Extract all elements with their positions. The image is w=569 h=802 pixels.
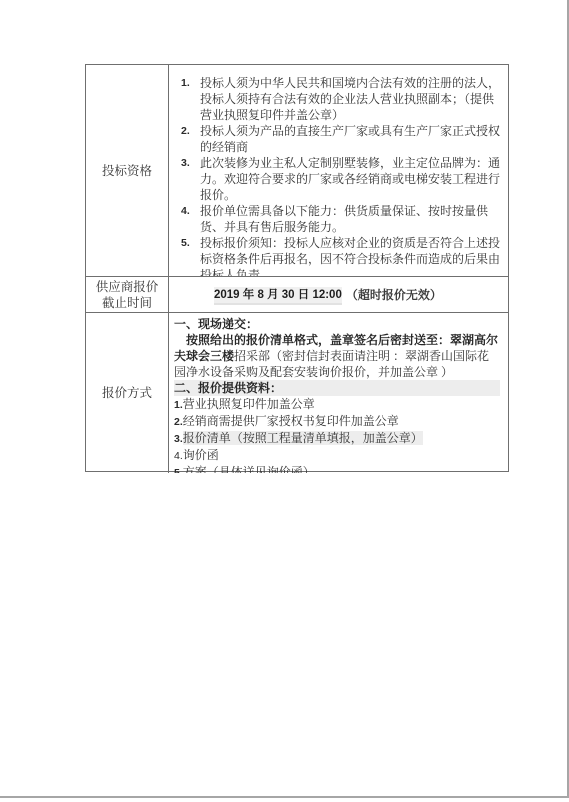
page-edge-bottom bbox=[0, 796, 569, 798]
material-item: 2.经销商需提供厂家授权书复印件加盖公章 bbox=[174, 413, 500, 430]
row-label-method: 报价方式 bbox=[86, 313, 169, 473]
item-number: 4. bbox=[174, 450, 183, 462]
qualification-item: 1. 投标人须为中华人民共和国境内合法有效的注册的法人，投标人须持有合法有效的企… bbox=[181, 75, 503, 123]
item-number: 5. bbox=[174, 467, 183, 473]
section-title-onsite: 一、现场递交： bbox=[174, 316, 500, 332]
item-text: 方案（具体详见询价函） bbox=[183, 465, 315, 473]
material-item: 1.营业执照复印件加盖公章 bbox=[174, 396, 500, 413]
item-text: 报价单位需具备以下能力：供货质量保证、按时按量供货、并具有售后服务能力。 bbox=[200, 203, 503, 235]
qualification-item: 3. 此次装修为业主私人定制别墅装修，业主定位品牌为：通力。欢迎符合要求的厂家或… bbox=[181, 155, 503, 203]
item-number: 1. bbox=[181, 75, 200, 91]
item-text: 投标人须为产品的直接生产厂家或具有生产厂家正式授权的经销商 bbox=[200, 123, 503, 155]
item-number: 4. bbox=[181, 203, 200, 219]
deadline-content: 2019 年 8 月 30 日 12:00 （超时报价无效） bbox=[169, 277, 508, 312]
item-number: 5. bbox=[181, 235, 200, 251]
qualification-item: 2. 投标人须为产品的直接生产厂家或具有生产厂家正式授权的经销商 bbox=[181, 123, 503, 155]
item-number: 3. bbox=[174, 433, 183, 445]
item-number: 3. bbox=[181, 155, 200, 171]
qualification-item: 4. 报价单位需具备以下能力：供货质量保证、按时按量供货、并具有售后服务能力。 bbox=[181, 203, 503, 235]
row-label-deadline: 供应商报价截止时间 bbox=[86, 277, 169, 312]
item-number: 2. bbox=[174, 416, 183, 428]
qualification-content: 1. 投标人须为中华人民共和国境内合法有效的注册的法人，投标人须持有合法有效的企… bbox=[169, 65, 508, 276]
item-text: 投标报价须知：投标人应核对企业的资质是否符合上述投标资格条件后再报名，因不符合投… bbox=[200, 235, 503, 276]
section-title-materials: 二、报价提供资料： bbox=[174, 380, 500, 396]
item-number: 1. bbox=[174, 399, 183, 411]
deadline-date: 2019 年 8 月 30 日 12:00 bbox=[214, 287, 342, 303]
material-item: 5.方案（具体详见询价函） bbox=[174, 464, 500, 473]
material-item: 4.询价函 bbox=[174, 447, 500, 464]
item-text: 询价函 bbox=[183, 448, 219, 462]
document-page: 投标资格 1. 投标人须为中华人民共和国境内合法有效的注册的法人，投标人须持有合… bbox=[0, 0, 569, 802]
item-text: 经销商需提供厂家授权书复印件加盖公章 bbox=[183, 414, 399, 428]
table-row-qualification: 投标资格 1. 投标人须为中华人民共和国境内合法有效的注册的法人，投标人须持有合… bbox=[86, 65, 508, 276]
method-content: 一、现场递交： 按照给出的报价清单格式，盖章签名后密封送至：翠湖高尔夫球会三楼招… bbox=[169, 313, 508, 473]
qualification-item: 5. 投标报价须知：投标人应核对企业的资质是否符合上述投标资格条件后再报名，因不… bbox=[181, 235, 503, 276]
table-row-deadline: 供应商报价截止时间 2019 年 8 月 30 日 12:00 （超时报价无效） bbox=[86, 276, 508, 312]
onsite-paragraph: 按照给出的报价清单格式，盖章签名后密封送至：翠湖高尔夫球会三楼招采部（密封信封表… bbox=[174, 332, 500, 380]
material-item: 3.报价清单（按照工程量清单填报，加盖公章） bbox=[174, 430, 500, 447]
item-text: 营业执照复印件加盖公章 bbox=[183, 397, 315, 411]
table-row-method: 报价方式 一、现场递交： 按照给出的报价清单格式，盖章签名后密封送至：翠湖高尔夫… bbox=[86, 312, 508, 473]
deadline-note: （超时报价无效） bbox=[346, 287, 442, 303]
item-text: 报价清单（按照工程量清单填报，加盖公章） bbox=[183, 431, 423, 445]
item-text: 投标人须为中华人民共和国境内合法有效的注册的法人，投标人须持有合法有效的企业法人… bbox=[200, 75, 503, 123]
row-label-qualification: 投标资格 bbox=[86, 65, 169, 276]
item-text: 此次装修为业主私人定制别墅装修，业主定位品牌为：通力。欢迎符合要求的厂家或各经销… bbox=[200, 155, 503, 203]
procurement-table: 投标资格 1. 投标人须为中华人民共和国境内合法有效的注册的法人，投标人须持有合… bbox=[85, 64, 509, 472]
item-number: 2. bbox=[181, 123, 200, 139]
